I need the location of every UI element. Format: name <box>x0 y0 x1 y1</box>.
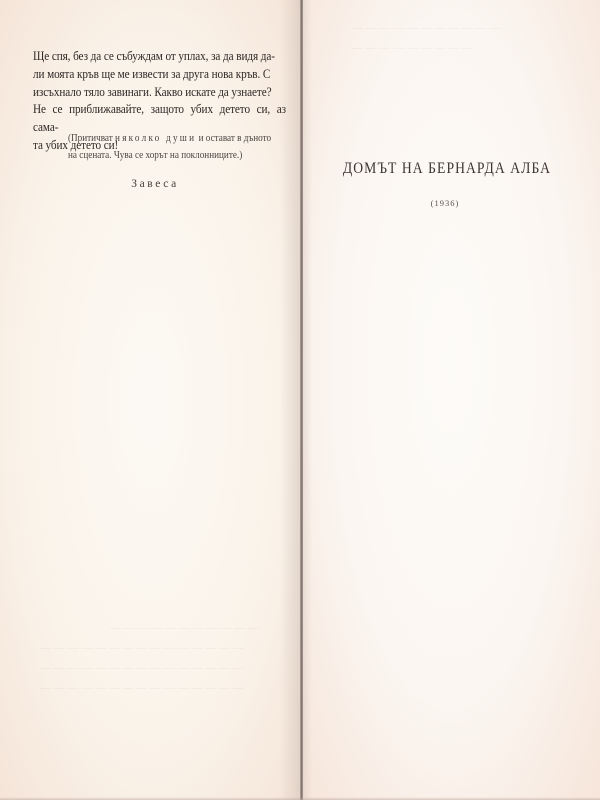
show-through-text: — — — — — — — — — — — <box>110 620 259 637</box>
show-through-text: — — — — — — — — — — — — — — — <box>40 660 244 677</box>
curtain-label: Завеса <box>0 178 302 190</box>
show-through-text: — — — — — — — — — — — — — — — <box>40 640 244 657</box>
right-page: — — — — — — — — — — — — — — — — — — — — <box>302 0 600 800</box>
text-line: Ще спя, без да се събуждам от уплах, за … <box>33 48 286 66</box>
text-line: ли моята кръв ще ме извести за друга нов… <box>33 66 286 84</box>
text-line: изсъхнало тяло завинаги. Какво искате да… <box>33 84 286 102</box>
show-through-text: — — — — — — — — — — — — — — — <box>40 680 244 697</box>
play-year: (1936) <box>296 198 594 208</box>
play-title: ДОМЪТ НА БЕРНАРДА АЛБА <box>316 160 578 178</box>
stage-direction-line: (Притичват няколко души и остават в дъно… <box>68 131 293 148</box>
stage-direction-line: на сцената. Чува се хорът на поклонницит… <box>68 148 293 165</box>
show-through-text: — — — — — — — — — — — <box>352 20 501 37</box>
book-spread: — — — — — — — — — — — — — — — — — — — — … <box>0 0 600 800</box>
show-through-text: — — — — — — — — — <box>352 40 473 57</box>
book-gutter <box>300 0 303 800</box>
stage-direction: (Притичват няколко души и остават в дъно… <box>68 131 293 164</box>
left-page: — — — — — — — — — — — — — — — — — — — — … <box>0 0 302 800</box>
